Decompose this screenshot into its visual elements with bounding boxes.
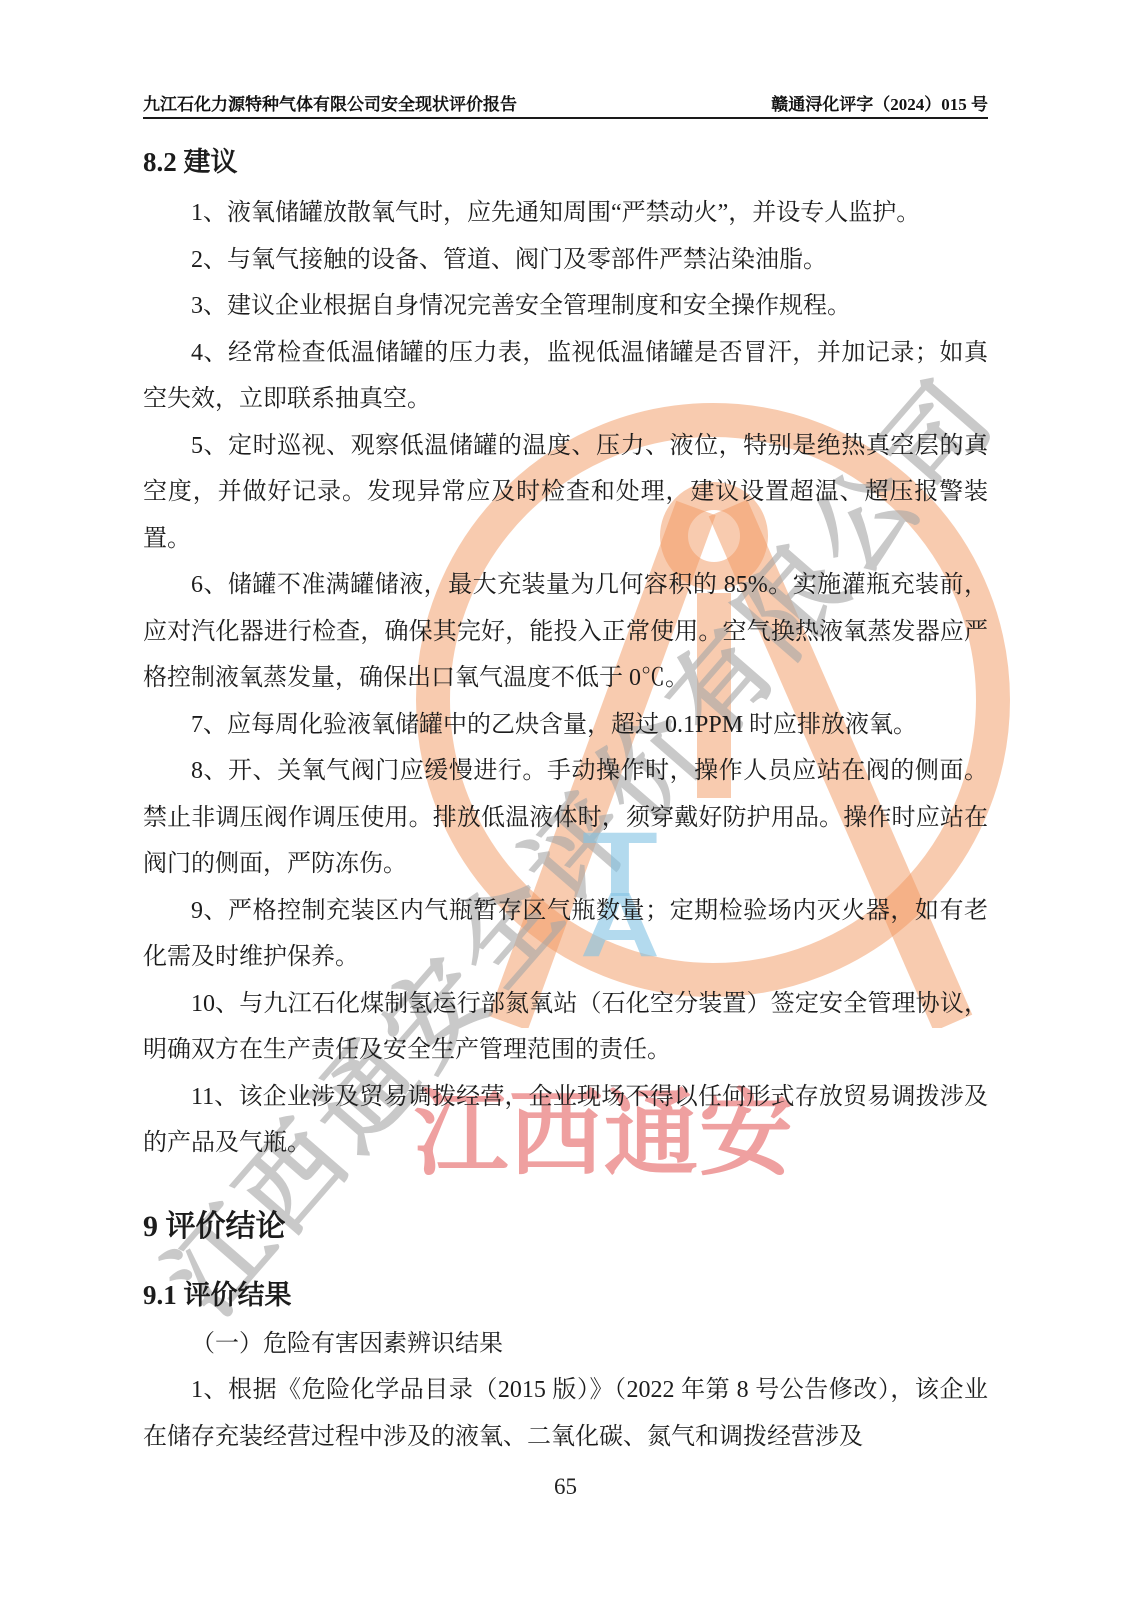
recommendation-paragraph: 2、与氧气接触的设备、管道、阀门及零部件严禁沾染油脂。 (143, 237, 988, 284)
recommendation-paragraph: 3、建议企业根据自身情况完善安全管理制度和安全操作规程。 (143, 283, 988, 330)
conclusion-paragraphs: （一）危险有害因素辨识结果1、根据《危险化学品目录（2015 版）》（2022 … (143, 1321, 988, 1461)
content-layer: 九江石化力源特种气体有限公司安全现状评价报告 赣通浔化评字（2024）015 号… (0, 0, 1131, 1600)
header-report-title: 九江石化力源特种气体有限公司安全现状评价报告 (143, 90, 517, 115)
recommendation-paragraph: 10、与九江石化煤制氢运行部氮氧站（石化空分装置）签定安全管理协议，明确双方在生… (143, 981, 988, 1074)
recommendations-list: 1、液氧储罐放散氧气时，应先通知周围“严禁动火”，并设专人监护。2、与氧气接触的… (143, 190, 988, 1167)
header-document-number: 赣通浔化评字（2024）015 号 (771, 90, 988, 115)
recommendation-paragraph: 11、该企业涉及贸易调拨经营，企业现场不得以任何形式存放贸易调拨涉及的产品及气瓶… (143, 1074, 988, 1167)
recommendation-paragraph: 8、开、关氧气阀门应缓慢进行。手动操作时，操作人员应站在阀的侧面。禁止非调压阀作… (143, 748, 988, 888)
recommendation-paragraph: 6、储罐不准满罐储液，最大充装量为几何容积的 85%。实施灌瓶充装前，应对汽化器… (143, 562, 988, 702)
conclusion-paragraph: 1、根据《危险化学品目录（2015 版）》（2022 年第 8 号公告修改），该… (143, 1367, 988, 1460)
section-9-heading: 9 评价结论 (143, 1207, 988, 1247)
recommendation-paragraph: 9、严格控制充装区内气瓶暂存区气瓶数量；定期检验场内灭火器，如有老化需及时维护保… (143, 888, 988, 981)
section-9-1-heading: 9.1 评价结果 (143, 1277, 988, 1313)
header-rule (143, 117, 988, 119)
recommendation-paragraph: 7、应每周化验液氧储罐中的乙炔含量，超过 0.1PPM 时应排放液氧。 (143, 702, 988, 749)
conclusion-paragraph: （一）危险有害因素辨识结果 (143, 1321, 988, 1368)
recommendation-paragraph: 1、液氧储罐放散氧气时，应先通知周围“严禁动火”，并设专人监护。 (143, 190, 988, 237)
recommendation-paragraph: 5、定时巡视、观察低温储罐的温度、压力、液位，特别是绝热真空层的真空度，并做好记… (143, 423, 988, 563)
report-page: 江西通安全评价有限公司 T A 江西通安 九江石化力源特种气体有限公司安全现状评… (0, 0, 1131, 1600)
recommendation-paragraph: 4、经常检查低温储罐的压力表，监视低温储罐是否冒汗，并加记录；如真空失效，立即联… (143, 330, 988, 423)
document-body: 8.2 建议 1、液氧储罐放散氧气时，应先通知周围“严禁动火”，并设专人监护。2… (143, 144, 988, 1460)
section-8-2-heading: 8.2 建议 (143, 144, 988, 180)
page-number: 65 (0, 1474, 1131, 1500)
page-header: 九江石化力源特种气体有限公司安全现状评价报告 赣通浔化评字（2024）015 号 (143, 90, 988, 115)
